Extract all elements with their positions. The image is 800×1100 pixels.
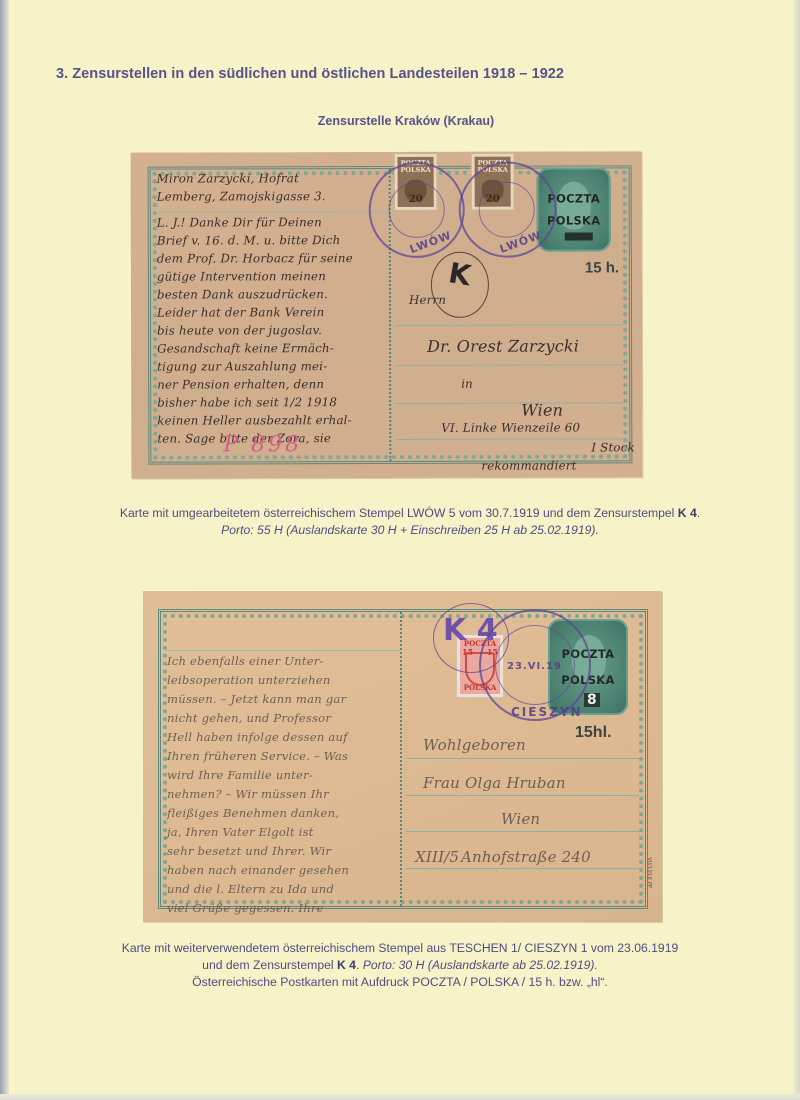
caption-card2: Karte mit weiterverwendetem österreichis…: [0, 940, 800, 991]
caption-card1: Karte mit umgearbeitetem österreichische…: [0, 505, 800, 539]
handwritten-line: in: [461, 377, 473, 391]
handwritten-line: Hell haben infolge dessen auf: [167, 730, 348, 744]
handwritten-line: ner Pension erhalten, denn: [157, 377, 324, 391]
caption-text: .: [356, 958, 363, 972]
pencil-note: P 898: [223, 432, 302, 457]
page-heading: 3. Zensurstellen in den südlichen und ös…: [56, 66, 564, 82]
handwritten-line: sehr besetzt und Ihrer. Wir: [167, 844, 331, 858]
caption-line: Porto: 55 H (Auslandskarte 30 H + Einsch…: [20, 522, 800, 539]
handwritten-line: ja, Ihren Vater Elgolt ist: [167, 825, 314, 839]
handwritten-line: Ich ebenfalls einer Unter-: [167, 654, 324, 668]
caption-bold: K 4: [678, 506, 697, 520]
handwritten-line: Gesandschaft keine Ermäch-: [157, 341, 334, 355]
card-center-divider: [400, 612, 402, 906]
caption-italic: Porto: 55 H (Auslandskarte 30 H + Einsch…: [221, 523, 599, 537]
printer-imprint: VII/1918 PP: [646, 857, 652, 888]
caption-text: .: [697, 506, 700, 520]
handwritten-line: besten Dank auszudrücken.: [157, 287, 328, 301]
handwritten-line: Lemberg, Zamojskigasse 3.: [157, 189, 326, 203]
address-rule: [395, 364, 623, 366]
address-rule: [395, 438, 623, 440]
postcard-lwow: Miron Zarzycki, HofratLemberg, Zamojskig…: [131, 151, 643, 478]
handwritten-line: keinen Heller ausbezahlt erhal-: [157, 413, 352, 428]
handwritten-line: Anhofstraße 240: [461, 848, 591, 866]
handwritten-line: XIII/5: [415, 848, 459, 866]
postmark-lwow: LWÓW: [369, 162, 465, 258]
handwritten-line: bisher habe ich seit 1/2 1918: [157, 395, 337, 409]
caption-text: Karte mit umgearbeitetem österreichische…: [120, 506, 678, 520]
postmark-cieszyn: 23.VI.19 CIESZYN: [479, 609, 591, 721]
caption-line: und dem Zensurstempel K 4. Porto: 30 H (…: [0, 957, 800, 974]
caption-italic: Porto: 30 H (Auslandskarte ab 25.02.1919…: [363, 958, 598, 972]
album-page-edge-left: [0, 0, 9, 1100]
handwritten-line: nicht gehen, und Professor: [167, 711, 331, 725]
handwritten-line: viel Grüße gegessen. Ihre: [167, 901, 324, 915]
postmark-inner-ring: [389, 182, 445, 238]
section-subheading: Zensurstelle Kraków (Krakau): [0, 114, 800, 128]
address-rule: [395, 402, 623, 404]
message-rule: [165, 650, 400, 651]
handwritten-line: VI. Linke Wienzeile 60: [441, 420, 580, 434]
address-rule: [406, 831, 639, 832]
postmark-inner-ring: [479, 182, 535, 238]
handwritten-line: müssen. – Jetzt kann man gar: [167, 692, 346, 706]
handwritten-line: Wien: [521, 401, 563, 420]
handwritten-line: bis heute von der jugoslav.: [157, 323, 322, 337]
caption-bold: K 4: [337, 958, 356, 972]
caption-line: Karte mit weiterverwendetem österreichis…: [0, 940, 800, 957]
handwritten-line: Brief v. 16. d. M. u. bitte Dich: [157, 233, 341, 247]
postcard-cieszyn: Ich ebenfalls einer Unter-leibsoperation…: [143, 591, 662, 922]
handwritten-line: I Stock: [591, 440, 635, 454]
postmark-date: 23.VI.19: [507, 661, 562, 672]
card-value-label: 15 h.: [585, 259, 619, 276]
handwritten-line: Ihren früheren Service. – Was: [167, 749, 348, 763]
message-rule: [155, 211, 389, 213]
caption-line: Österreichische Postkarten mit Aufdruck …: [0, 974, 800, 991]
address-rule: [395, 324, 623, 326]
handwritten-line: Wien: [501, 810, 540, 828]
handwritten-line: Miron Zarzycki, Hofrat: [157, 171, 299, 185]
handwritten-line: dem Prof. Dr. Horbacz für seine: [157, 251, 353, 266]
caption-line: Karte mit umgearbeitetem österreichische…: [20, 505, 800, 522]
overprint-bars: [565, 232, 593, 240]
handwritten-line: nehmen? – Wir müssen Ihr: [167, 787, 329, 801]
handwritten-line: L. J.! Danke Dir für Deinen: [157, 215, 322, 229]
address-rule: [406, 795, 639, 796]
handwritten-line: Frau Olga Hruban: [423, 774, 566, 792]
card-value-label: 15hl.: [575, 724, 611, 742]
handwritten-line: fleißiges Benehmen danken,: [167, 806, 339, 820]
handwritten-line: Leider hat der Bank Verein: [157, 305, 324, 319]
caption-text: und dem Zensurstempel: [202, 958, 337, 972]
address-rule: [406, 758, 639, 759]
handwritten-line: haben nach einander gesehen: [167, 863, 349, 877]
handwritten-line: tigung zur Auszahlung mei-: [157, 359, 327, 373]
handwritten-line: Dr. Orest Zarzycki: [427, 336, 579, 355]
address-rule: [406, 868, 639, 869]
album-page-edge-bottom: [0, 1094, 800, 1100]
stamp-face-value: 8: [584, 693, 600, 707]
postmark-lwow: LWÓW: [459, 162, 557, 258]
handwritten-line: leibsoperation unterziehen: [167, 673, 331, 687]
album-page-edge-right: [794, 0, 800, 1100]
handwritten-line: Wohlgeboren: [423, 736, 526, 754]
postmark-text: CIESZYN: [511, 705, 583, 719]
handwritten-line: gütige Intervention meinen: [157, 269, 326, 283]
handwritten-line: und die l. Eltern zu Ida und: [167, 882, 334, 896]
handwritten-line: wird Ihre Familie unter-: [167, 768, 313, 782]
handwritten-line: rekommandiert: [481, 459, 576, 473]
